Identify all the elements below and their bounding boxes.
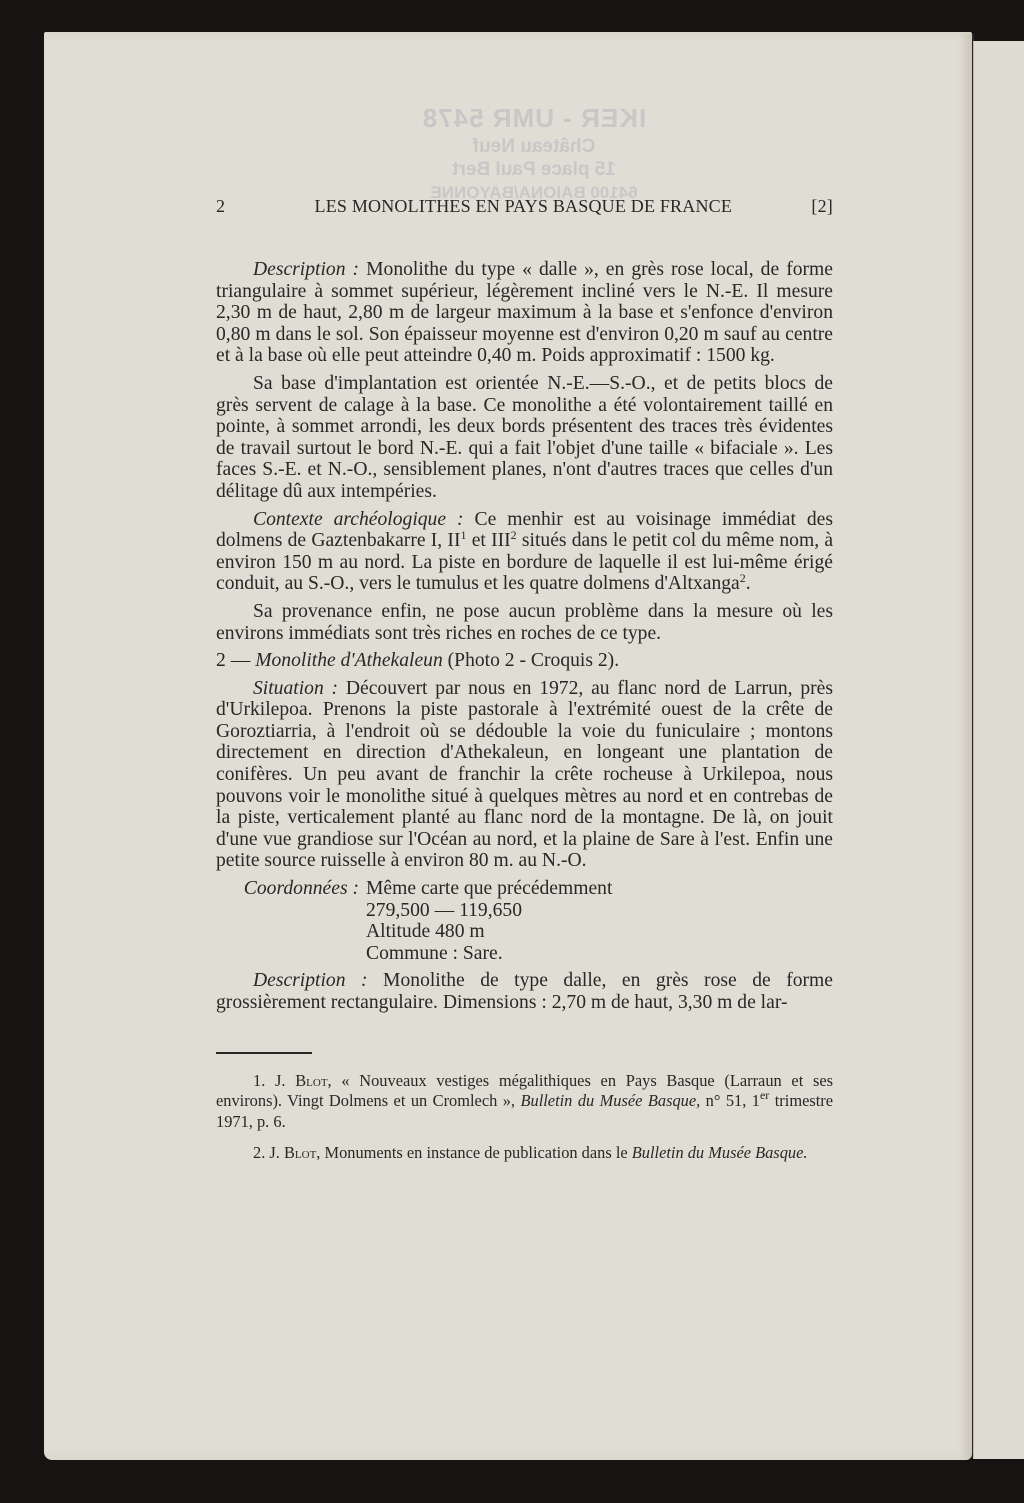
paragraph-text: et III xyxy=(466,530,510,551)
bracket-page-number: [2] xyxy=(811,196,833,218)
footnote-divider xyxy=(216,1052,312,1054)
paragraph-context: Contexte archéologique : Ce menhir est a… xyxy=(216,509,833,595)
footnote-number: 2. xyxy=(253,1143,269,1162)
coordinates-line: Même carte que précédemment xyxy=(366,878,833,900)
footnote-text: , Monuments en instance de publication d… xyxy=(316,1143,631,1162)
paragraph-description: Description : Monolithe du type « dalle … xyxy=(216,259,833,367)
running-header: 2 LES MONOLITHES EN PAYS BASQUE DE FRANC… xyxy=(216,196,833,224)
page-text-block: 2 LES MONOLITHES EN PAYS BASQUE DE FRANC… xyxy=(216,196,833,1175)
stamp-line: IKER - UMR 5478 xyxy=(384,102,684,135)
paragraph-text: Sa base d'implantation est orientée N.-E… xyxy=(216,373,833,502)
footnote-text: n° 51, 1 xyxy=(700,1091,760,1110)
page-number: 2 xyxy=(216,196,225,218)
section-number: 2 — xyxy=(216,650,255,671)
footnote-1: 1. J. Blot, « Nouveaux vestiges mégalith… xyxy=(216,1071,833,1133)
paragraph-base: Sa base d'implantation est orientée N.-E… xyxy=(216,373,833,503)
paragraph-situation: Situation : Découvert par nous en 1972, … xyxy=(216,678,833,872)
coordinates-label: Coordonnées : xyxy=(216,878,366,964)
stamp-line: 15 place Paul Bert xyxy=(384,158,684,182)
footnote-journal: Bulletin du Musée Basque. xyxy=(632,1143,808,1162)
footnotes: 1. J. Blot, « Nouveaux vestiges mégalith… xyxy=(216,1071,833,1164)
author-initial: J. xyxy=(275,1071,295,1090)
paragraph-label: Contexte archéologique : xyxy=(253,509,464,530)
coordinates-line: Altitude 480 m xyxy=(366,921,833,943)
paragraph-provenance: Sa provenance enfin, ne pose aucun probl… xyxy=(216,601,833,644)
facing-page-edge xyxy=(973,41,1024,1459)
paragraph-label: Situation : xyxy=(253,678,338,699)
coordinates-line: 279,500 — 119,650 xyxy=(366,900,833,922)
section-title: Monolithe d'Athekaleun xyxy=(255,650,443,671)
running-title: LES MONOLITHES EN PAYS BASQUE DE FRANCE xyxy=(225,196,811,218)
coordinates-line: Commune : Sare. xyxy=(366,943,833,965)
scan-background: IKER - UMR 5478 Château Neuf 15 place Pa… xyxy=(0,0,1024,1503)
author-initial: J. xyxy=(269,1143,284,1162)
show-through-stamp: IKER - UMR 5478 Château Neuf 15 place Pa… xyxy=(384,102,684,203)
paragraph-label: Description : xyxy=(253,259,359,280)
footnote-number: 1. xyxy=(253,1071,275,1090)
footnote-author: Blot xyxy=(284,1143,316,1162)
footnote-journal: Bulletin du Musée Basque, xyxy=(520,1091,700,1110)
paragraph-label: Description : xyxy=(253,970,368,991)
ordinal-sup: er xyxy=(760,1088,769,1102)
paragraph-text: . xyxy=(746,573,751,594)
section-heading: 2 — Monolithe d'Athekaleun (Photo 2 - Cr… xyxy=(216,650,833,672)
stamp-line: Château Neuf xyxy=(384,135,684,159)
paragraph-description-2: Description : Monolithe de type dalle, e… xyxy=(216,970,833,1013)
coordinates-block: Coordonnées : Même carte que précédemmen… xyxy=(216,878,833,964)
section-suffix: (Photo 2 - Croquis 2). xyxy=(443,650,619,671)
paragraph-text: Découvert par nous en 1972, au flanc nor… xyxy=(216,678,833,872)
footnote-2: 2. J. Blot, Monuments en instance de pub… xyxy=(216,1143,833,1164)
spine-shadow xyxy=(960,34,974,1458)
footnote-author: Blot xyxy=(295,1071,327,1090)
paragraph-text: Sa provenance enfin, ne pose aucun probl… xyxy=(216,601,833,644)
